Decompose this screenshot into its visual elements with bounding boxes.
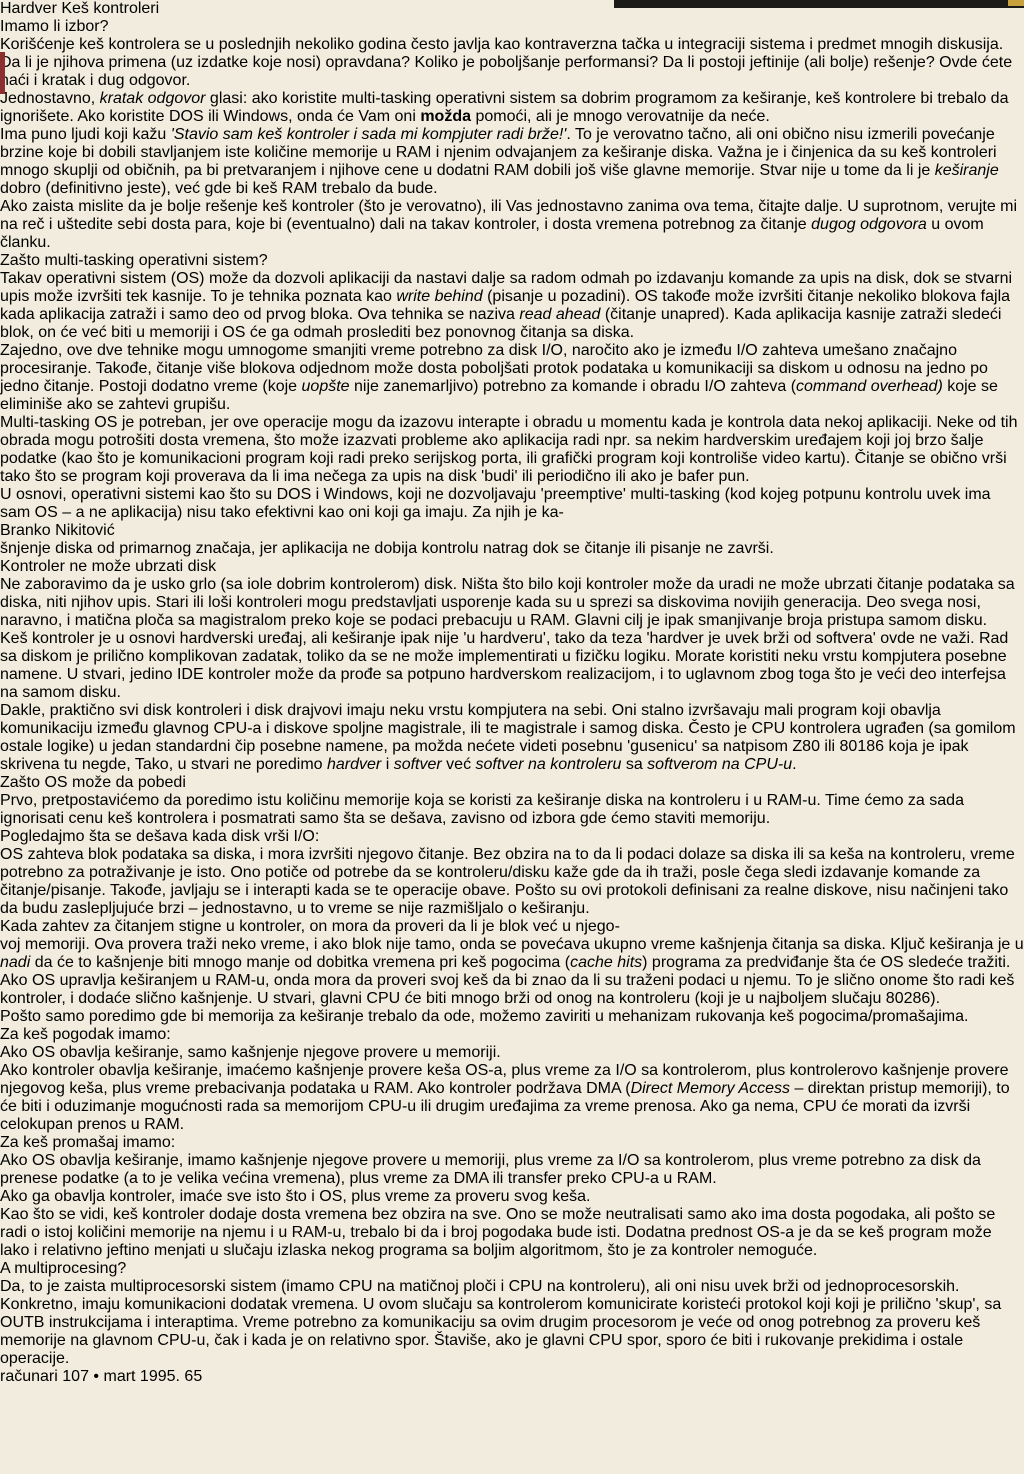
bullet-item: Ako OS obavlja keširanje, imamo kašnjenj… xyxy=(0,1152,1024,1188)
bullet-item: OS zahteva blok podataka sa diska, i mor… xyxy=(0,846,1024,918)
scan-artifact-corner xyxy=(1008,0,1024,6)
bullet-item: Kada zahtev za čitanjem stigne u kontrol… xyxy=(0,918,1024,936)
section-heading: Zašto OS može da pobedi xyxy=(0,774,1024,792)
paragraph: Jednostavno, kratak odgovor glasi: ako k… xyxy=(0,90,1024,126)
paragraph: Ako zaista mislite da je bolje rešenje k… xyxy=(0,198,1024,252)
bullet-item: Ako OS obavlja keširanje, samo kašnjenje… xyxy=(0,1044,1024,1062)
bullet-item: Ako kontroler obavlja keširanje, imaćemo… xyxy=(0,1062,1024,1134)
issue-date: mart 1995. xyxy=(103,1368,179,1385)
byline-bar: Branko Nikitović xyxy=(0,522,1024,540)
scan-artifact-left xyxy=(0,52,5,94)
page-number: 65 xyxy=(184,1368,202,1385)
paragraph: Ima puno ljudi koji kažu 'Stavio sam keš… xyxy=(0,126,1024,198)
paragraph: Multi-tasking OS je potreban, jer ove op… xyxy=(0,414,1024,486)
column-1: Jednostavno, kratak odgovor glasi: ako k… xyxy=(0,90,1024,522)
article-intro: Korišćenje keš kontrolera se u poslednji… xyxy=(0,36,1024,90)
column-2: Branko Nikitovićšnjenje diska od primarn… xyxy=(0,522,1024,936)
paragraph: Pogledajmo šta se dešava kada disk vrši … xyxy=(0,828,1024,846)
paragraph: Prvo, pretpostavićemo da poredimo istu k… xyxy=(0,792,1024,828)
magazine-page: { "page_header": { "left_label": "Hardve… xyxy=(0,0,1024,1474)
paragraph: U osnovi, operativni sistemi kao što su … xyxy=(0,486,1024,522)
paragraph: Za keš promašaj imamo: xyxy=(0,1134,1024,1152)
paragraph: Takav operativni sistem (OS) može da doz… xyxy=(0,270,1024,342)
bullet-item: Ako OS upravlja keširanjem u RAM-u, onda… xyxy=(0,972,1024,1008)
paragraph: Kao što se vidi, keš kontroler dodaje do… xyxy=(0,1206,1024,1260)
bullet-item: Ako ga obavlja kontroler, imaće sve isto… xyxy=(0,1188,1024,1206)
paragraph: Zajedno, ove dve tehnike mogu umnogome s… xyxy=(0,342,1024,414)
paragraph: Za keš pogodak imamo: xyxy=(0,1026,1024,1044)
paragraph: voj memoriji. Ova provera traži neko vre… xyxy=(0,936,1024,972)
section-heading: Kontroler ne može ubrzati disk xyxy=(0,558,1024,576)
section-heading: Zašto multi-tasking operativni sistem? xyxy=(0,252,1024,270)
magazine-name: računari xyxy=(0,1368,58,1385)
scan-artifact-top xyxy=(614,0,1024,8)
scan-artifact-bottom xyxy=(0,1450,1024,1474)
footer: računari 107 • mart 1995. 65 xyxy=(0,1368,1024,1386)
section-heading: A multiprocesing? xyxy=(0,1260,1024,1278)
footer-bullet: • xyxy=(93,1368,99,1385)
header-left-label: Hardver xyxy=(0,0,57,17)
paragraph: Dakle, praktično svi disk kontroleri i d… xyxy=(0,702,1024,774)
header-right-label: Keš kontroleri xyxy=(61,0,159,17)
article-title: Imamo li izbor? xyxy=(0,18,1024,36)
issue-number: 107 xyxy=(62,1368,89,1385)
column-3: voj memoriji. Ova provera traži neko vre… xyxy=(0,936,1024,1368)
paragraph: šnjenje diska od primarnog značaja, jer … xyxy=(0,540,1024,558)
paragraph: Keš kontroler je u osnovi hardverski ure… xyxy=(0,630,1024,702)
paragraph: Da, to je zaista multiprocesorski sistem… xyxy=(0,1278,1024,1368)
paragraph: Ne zaboravimo da je usko grlo (sa iole d… xyxy=(0,576,1024,630)
paragraph: Pošto samo poredimo gde bi memorija za k… xyxy=(0,1008,1024,1026)
article-columns: Jednostavno, kratak odgovor glasi: ako k… xyxy=(0,90,1024,1368)
